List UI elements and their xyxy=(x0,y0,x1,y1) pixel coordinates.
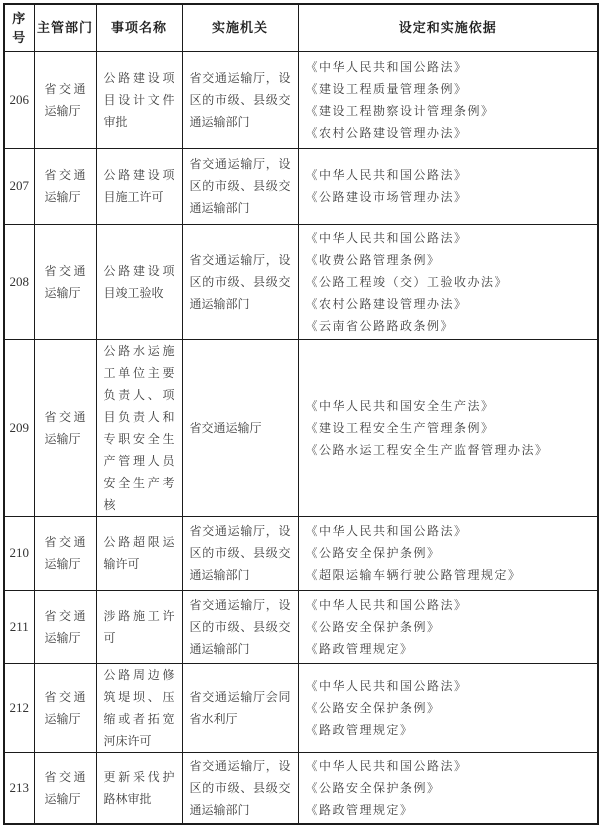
row-agency: 省交通运输厅会同省水利厅 xyxy=(182,663,298,752)
row-department: 省交通运输厅 xyxy=(34,752,96,824)
row-serial-no: 209 xyxy=(4,339,34,516)
basis-entry: 《农村公路建设管理办法》 xyxy=(306,122,594,144)
row-basis-list: 《中华人民共和国公路法》《公路安全保护条例》《路政管理规定》 xyxy=(298,590,598,663)
basis-entry: 《公路建设市场管理办法》 xyxy=(306,186,594,208)
col-header-department: 主管部门 xyxy=(34,4,96,51)
row-agency: 省交通运输厅，设区的市级、县级交通运输部门 xyxy=(182,516,298,590)
row-basis-list: 《中华人民共和国安全生产法》《建设工程安全生产管理条例》《公路水运工程安全生产监… xyxy=(298,339,598,516)
row-item-name: 公路建设项目设计文件审批 xyxy=(96,51,182,148)
row-agency: 省交通运输厅，设区的市级、县级交通运输部门 xyxy=(182,51,298,148)
row-serial-no: 208 xyxy=(4,224,34,339)
basis-entry: 《收费公路管理条例》 xyxy=(306,249,594,271)
basis-entry: 《中华人民共和国公路法》 xyxy=(306,227,594,249)
row-serial-no: 211 xyxy=(4,590,34,663)
row-basis-list: 《中华人民共和国公路法》《公路安全保护条例》《路政管理规定》 xyxy=(298,663,598,752)
row-item-name: 公路超限运输许可 xyxy=(96,516,182,590)
table-header: 序号 主管部门 事项名称 实施机关 设定和实施依据 xyxy=(4,4,598,51)
basis-entry: 《中华人民共和国公路法》 xyxy=(306,675,594,697)
basis-entry: 《公路安全保护条例》 xyxy=(306,697,594,719)
basis-entry: 《路政管理规定》 xyxy=(306,719,594,741)
row-basis-list: 《中华人民共和国公路法》《收费公路管理条例》《公路工程竣（交）工验收办法》《农村… xyxy=(298,224,598,339)
col-header-item-name: 事项名称 xyxy=(96,4,182,51)
row-item-name: 涉路施工许可 xyxy=(96,590,182,663)
row-department: 省交通运输厅 xyxy=(34,663,96,752)
basis-entry: 《建设工程安全生产管理条例》 xyxy=(306,417,594,439)
table-row: 207省交通运输厅公路建设项目施工许可省交通运输厅，设区的市级、县级交通运输部门… xyxy=(4,148,598,224)
basis-entry: 《公路安全保护条例》 xyxy=(306,777,594,799)
basis-entry: 《超限运输车辆行驶公路管理规定》 xyxy=(306,564,594,586)
table-row: 209省交通运输厅公路水运施工单位主要负责人、项目负责人和专职安全生产管理人员安… xyxy=(4,339,598,516)
table-body: 206省交通运输厅公路建设项目设计文件审批省交通运输厅，设区的市级、县级交通运输… xyxy=(4,51,598,824)
basis-entry: 《中华人民共和国公路法》 xyxy=(306,164,594,186)
basis-entry: 《中华人民共和国公路法》 xyxy=(306,56,594,78)
table-row: 212省交通运输厅公路周边修筑堤坝、压缩或者拓宽河床许可省交通运输厅会同省水利厅… xyxy=(4,663,598,752)
row-agency: 省交通运输厅，设区的市级、县级交通运输部门 xyxy=(182,148,298,224)
col-header-agency: 实施机关 xyxy=(182,4,298,51)
row-department: 省交通运输厅 xyxy=(34,339,96,516)
row-agency: 省交通运输厅，设区的市级、县级交通运输部门 xyxy=(182,590,298,663)
row-item-name: 公路建设项目施工许可 xyxy=(96,148,182,224)
table-row: 206省交通运输厅公路建设项目设计文件审批省交通运输厅，设区的市级、县级交通运输… xyxy=(4,51,598,148)
row-item-name: 公路周边修筑堤坝、压缩或者拓宽河床许可 xyxy=(96,663,182,752)
row-serial-no: 212 xyxy=(4,663,34,752)
row-serial-no: 210 xyxy=(4,516,34,590)
col-header-serial-no: 序号 xyxy=(4,4,34,51)
basis-entry: 《农村公路建设管理办法》 xyxy=(306,293,594,315)
approval-items-table: 序号 主管部门 事项名称 实施机关 设定和实施依据 206省交通运输厅公路建设项… xyxy=(3,3,599,825)
row-department: 省交通运输厅 xyxy=(34,51,96,148)
table-row: 211省交通运输厅涉路施工许可省交通运输厅，设区的市级、县级交通运输部门《中华人… xyxy=(4,590,598,663)
basis-entry: 《路政管理规定》 xyxy=(306,799,594,821)
row-basis-list: 《中华人民共和国公路法》《建设工程质量管理条例》《建设工程勘察设计管理条例》《农… xyxy=(298,51,598,148)
row-item-name: 公路水运施工单位主要负责人、项目负责人和专职安全生产管理人员安全生产考核 xyxy=(96,339,182,516)
row-serial-no: 213 xyxy=(4,752,34,824)
basis-entry: 《中华人民共和国安全生产法》 xyxy=(306,395,594,417)
row-basis-list: 《中华人民共和国公路法》《公路安全保护条例》《路政管理规定》 xyxy=(298,752,598,824)
basis-entry: 《中华人民共和国公路法》 xyxy=(306,520,594,542)
basis-entry: 《建设工程质量管理条例》 xyxy=(306,78,594,100)
basis-entry: 《建设工程勘察设计管理条例》 xyxy=(306,100,594,122)
row-basis-list: 《中华人民共和国公路法》《公路安全保护条例》《超限运输车辆行驶公路管理规定》 xyxy=(298,516,598,590)
basis-entry: 《中华人民共和国公路法》 xyxy=(306,755,594,777)
col-header-basis: 设定和实施依据 xyxy=(298,4,598,51)
header-row: 序号 主管部门 事项名称 实施机关 设定和实施依据 xyxy=(4,4,598,51)
row-item-name: 更新采伐护路林审批 xyxy=(96,752,182,824)
table-row: 210省交通运输厅公路超限运输许可省交通运输厅，设区的市级、县级交通运输部门《中… xyxy=(4,516,598,590)
basis-entry: 《公路安全保护条例》 xyxy=(306,616,594,638)
row-agency: 省交通运输厅，设区的市级、县级交通运输部门 xyxy=(182,224,298,339)
basis-entry: 《公路安全保护条例》 xyxy=(306,542,594,564)
row-department: 省交通运输厅 xyxy=(34,590,96,663)
row-department: 省交通运输厅 xyxy=(34,516,96,590)
document-page: 序号 主管部门 事项名称 实施机关 设定和实施依据 206省交通运输厅公路建设项… xyxy=(0,0,600,779)
row-department: 省交通运输厅 xyxy=(34,224,96,339)
table-row: 208省交通运输厅公路建设项目竣工验收省交通运输厅，设区的市级、县级交通运输部门… xyxy=(4,224,598,339)
basis-entry: 《中华人民共和国公路法》 xyxy=(306,594,594,616)
row-agency: 省交通运输厅 xyxy=(182,339,298,516)
row-basis-list: 《中华人民共和国公路法》《公路建设市场管理办法》 xyxy=(298,148,598,224)
basis-entry: 《公路工程竣（交）工验收办法》 xyxy=(306,271,594,293)
row-serial-no: 207 xyxy=(4,148,34,224)
basis-entry: 《云南省公路路政条例》 xyxy=(306,315,594,337)
basis-entry: 《公路水运工程安全生产监督管理办法》 xyxy=(306,439,594,461)
row-item-name: 公路建设项目竣工验收 xyxy=(96,224,182,339)
row-agency: 省交通运输厅，设区的市级、县级交通运输部门 xyxy=(182,752,298,824)
row-department: 省交通运输厅 xyxy=(34,148,96,224)
row-serial-no: 206 xyxy=(4,51,34,148)
basis-entry: 《路政管理规定》 xyxy=(306,638,594,660)
table-row: 213省交通运输厅更新采伐护路林审批省交通运输厅，设区的市级、县级交通运输部门《… xyxy=(4,752,598,824)
